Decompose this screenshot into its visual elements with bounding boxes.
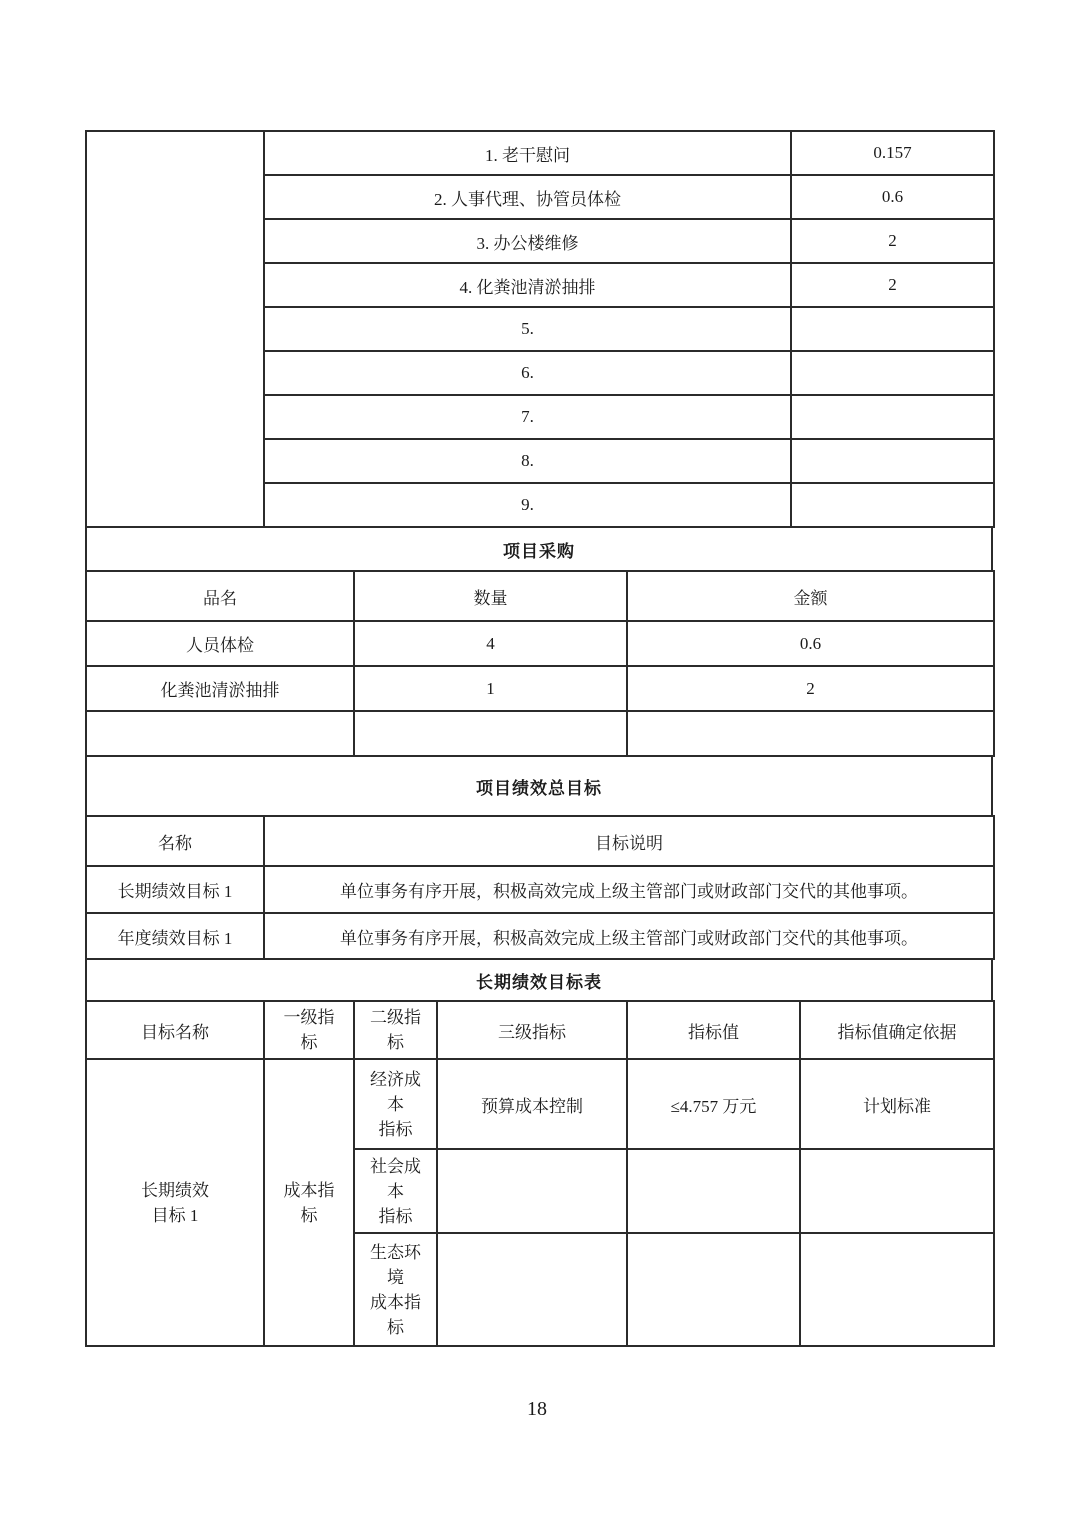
level1-cell: 成本指 标 bbox=[264, 1059, 354, 1346]
item-desc: 5. bbox=[264, 307, 791, 351]
item-amount: 2 bbox=[791, 219, 994, 263]
goal-desc: 单位事务有序开展，积极高效完成上级主管部门或财政部门交代的其他事项。 bbox=[264, 913, 994, 959]
item-amount bbox=[791, 483, 994, 527]
item-desc: 4. 化粪池清淤抽排 bbox=[264, 263, 791, 307]
procurement-quantity: 4 bbox=[354, 621, 627, 666]
item-desc: 7. bbox=[264, 395, 791, 439]
procurement-name bbox=[86, 711, 354, 756]
goal-row: 长期绩效目标 1 单位事务有序开展，积极高效完成上级主管部门或财政部门交代的其他… bbox=[86, 866, 994, 913]
col-header-level2: 二级指 标 bbox=[354, 1001, 437, 1059]
longterm-table: 目标名称 一级指 标 二级指 标 三级指标 指标值 指标值确定依据 长期绩效 目… bbox=[85, 1000, 995, 1347]
level2-cell: 生态环 境 成本指 标 bbox=[354, 1233, 437, 1346]
item-amount: 2 bbox=[791, 263, 994, 307]
longterm-header-row: 目标名称 一级指 标 二级指 标 三级指标 指标值 指标值确定依据 bbox=[86, 1001, 994, 1059]
basis-cell bbox=[800, 1149, 994, 1233]
goal-name: 长期绩效目标 1 bbox=[86, 866, 264, 913]
overall-goals-table: 名称 目标说明 长期绩效目标 1 单位事务有序开展，积极高效完成上级主管部门或财… bbox=[85, 815, 995, 960]
item-amount bbox=[791, 439, 994, 483]
procurement-table: 品名 数量 金额 人员体检 4 0.6 化粪池清淤抽排 1 2 bbox=[85, 570, 995, 757]
procurement-name: 化粪池清淤抽排 bbox=[86, 666, 354, 711]
col-header-goal-name: 名称 bbox=[86, 816, 264, 866]
item-desc: 9. bbox=[264, 483, 791, 527]
col-header-goal-name: 目标名称 bbox=[86, 1001, 264, 1059]
goals-header-row: 名称 目标说明 bbox=[86, 816, 994, 866]
item-row: 1. 老干慰问 0.157 bbox=[86, 131, 994, 175]
procurement-amount: 0.6 bbox=[627, 621, 994, 666]
basis-cell: 计划标准 bbox=[800, 1059, 994, 1149]
longterm-title-band: 长期绩效目标表 bbox=[85, 958, 993, 1002]
col-header-basis: 指标值确定依据 bbox=[800, 1001, 994, 1059]
level3-cell bbox=[437, 1149, 627, 1233]
item-amount bbox=[791, 395, 994, 439]
indicator-value-cell bbox=[627, 1149, 800, 1233]
procurement-amount: 2 bbox=[627, 666, 994, 711]
goal-name-cell: 长期绩效 目标 1 bbox=[86, 1059, 264, 1346]
col-header-level3: 三级指标 bbox=[437, 1001, 627, 1059]
section-title-overall-goals: 项目绩效总目标 bbox=[86, 756, 992, 816]
procurement-row bbox=[86, 711, 994, 756]
basis-cell bbox=[800, 1233, 994, 1346]
goal-desc: 单位事务有序开展，积极高效完成上级主管部门或财政部门交代的其他事项。 bbox=[264, 866, 994, 913]
item-amount: 0.157 bbox=[791, 131, 994, 175]
section-title-procurement: 项目采购 bbox=[86, 527, 992, 571]
item-amount bbox=[791, 351, 994, 395]
merged-empty-cell bbox=[86, 131, 264, 527]
col-header-amount: 金额 bbox=[627, 571, 994, 621]
level2-cell: 社会成 本 指标 bbox=[354, 1149, 437, 1233]
procurement-title-band: 项目采购 bbox=[85, 526, 993, 572]
indicator-value-cell: ≤4.757 万元 bbox=[627, 1059, 800, 1149]
item-desc: 2. 人事代理、协管员体检 bbox=[264, 175, 791, 219]
col-header-quantity: 数量 bbox=[354, 571, 627, 621]
col-header-indicator-value: 指标值 bbox=[627, 1001, 800, 1059]
item-amount bbox=[791, 307, 994, 351]
procurement-quantity: 1 bbox=[354, 666, 627, 711]
level3-cell bbox=[437, 1233, 627, 1346]
overall-goals-title-band: 项目绩效总目标 bbox=[85, 755, 993, 817]
item-desc: 3. 办公楼维修 bbox=[264, 219, 791, 263]
col-header-goal-desc: 目标说明 bbox=[264, 816, 994, 866]
goal-name: 年度绩效目标 1 bbox=[86, 913, 264, 959]
item-amount: 0.6 bbox=[791, 175, 994, 219]
document-body: 1. 老干慰问 0.157 2. 人事代理、协管员体检 0.6 3. 办公楼维修… bbox=[85, 130, 993, 1347]
procurement-row: 人员体检 4 0.6 bbox=[86, 621, 994, 666]
indicator-row: 长期绩效 目标 1 成本指 标 经济成 本 指标 预算成本控制 ≤4.757 万… bbox=[86, 1059, 994, 1149]
item-desc: 6. bbox=[264, 351, 791, 395]
level3-cell: 预算成本控制 bbox=[437, 1059, 627, 1149]
level2-cell: 经济成 本 指标 bbox=[354, 1059, 437, 1149]
procurement-header-row: 品名 数量 金额 bbox=[86, 571, 994, 621]
goal-row: 年度绩效目标 1 单位事务有序开展，积极高效完成上级主管部门或财政部门交代的其他… bbox=[86, 913, 994, 959]
procurement-row: 化粪池清淤抽排 1 2 bbox=[86, 666, 994, 711]
item-desc: 8. bbox=[264, 439, 791, 483]
procurement-quantity bbox=[354, 711, 627, 756]
procurement-name: 人员体检 bbox=[86, 621, 354, 666]
col-header-name: 品名 bbox=[86, 571, 354, 621]
page-number: 18 bbox=[0, 1398, 1074, 1421]
col-header-level1: 一级指 标 bbox=[264, 1001, 354, 1059]
item-desc: 1. 老干慰问 bbox=[264, 131, 791, 175]
procurement-amount bbox=[627, 711, 994, 756]
items-table: 1. 老干慰问 0.157 2. 人事代理、协管员体检 0.6 3. 办公楼维修… bbox=[85, 130, 995, 528]
section-title-longterm: 长期绩效目标表 bbox=[86, 959, 992, 1001]
indicator-value-cell bbox=[627, 1233, 800, 1346]
